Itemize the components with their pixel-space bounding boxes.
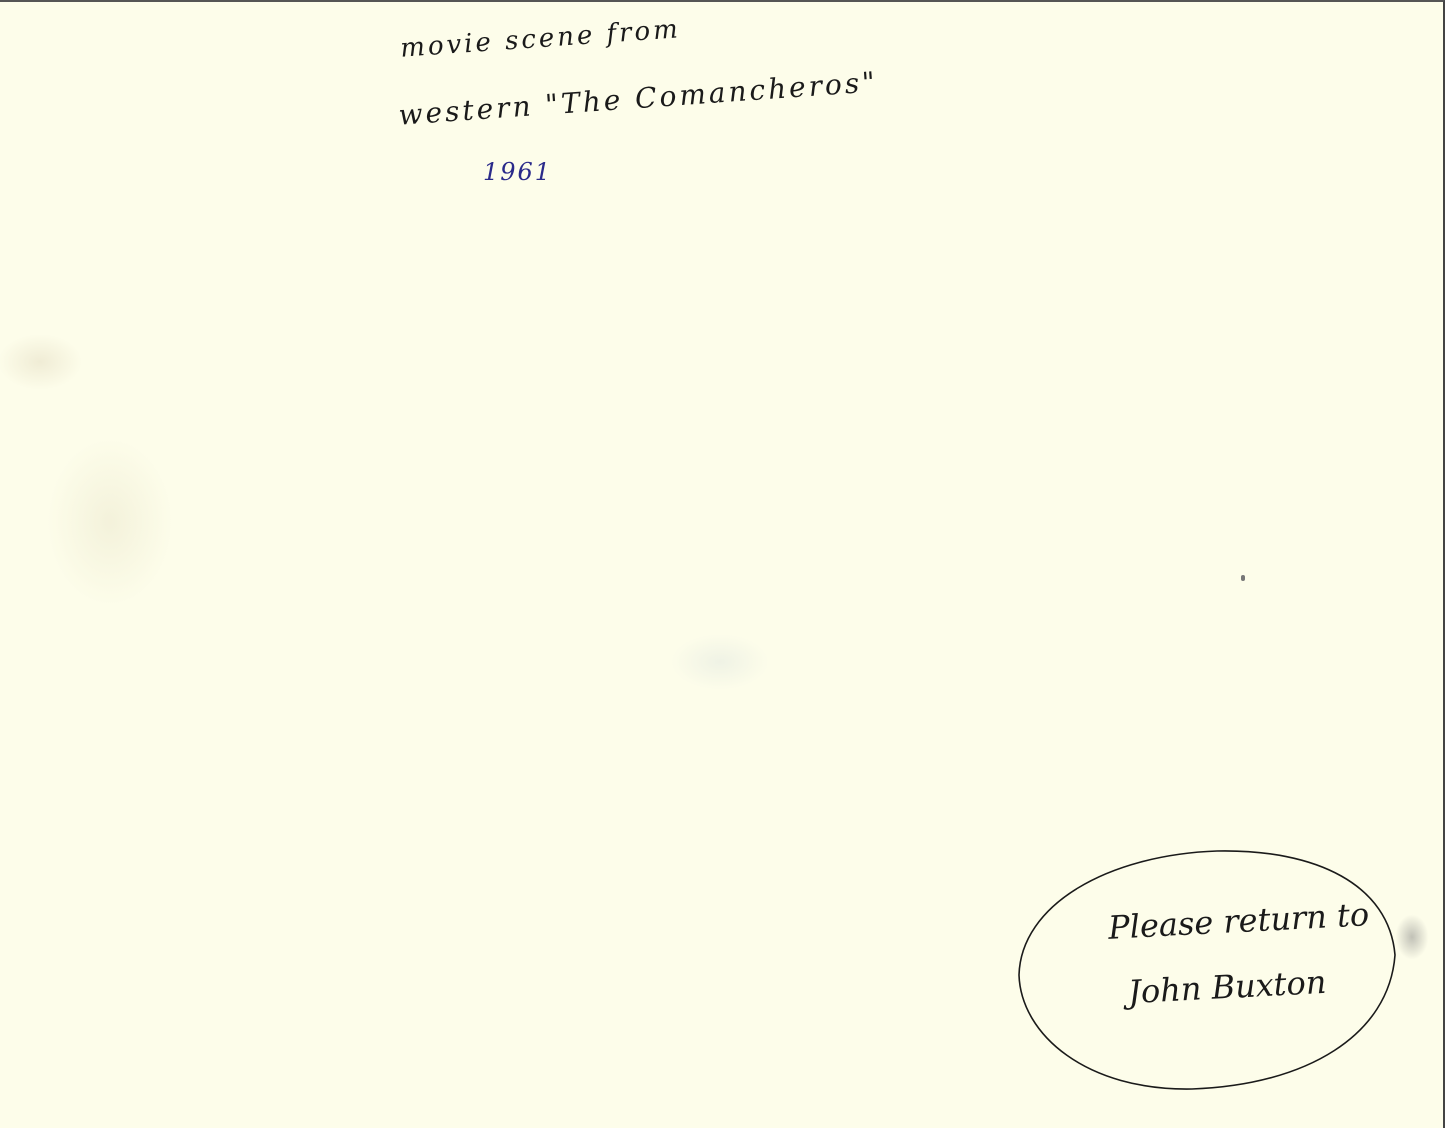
handwritten-caption-line-2: western "The Comancheros" [397, 65, 879, 131]
ink-speck [1241, 575, 1245, 581]
handwritten-caption-line-1: movie scene from [399, 14, 681, 64]
photo-back: movie scene from western "The Comanchero… [0, 0, 1445, 1128]
handwritten-year: 1961 [483, 158, 552, 186]
